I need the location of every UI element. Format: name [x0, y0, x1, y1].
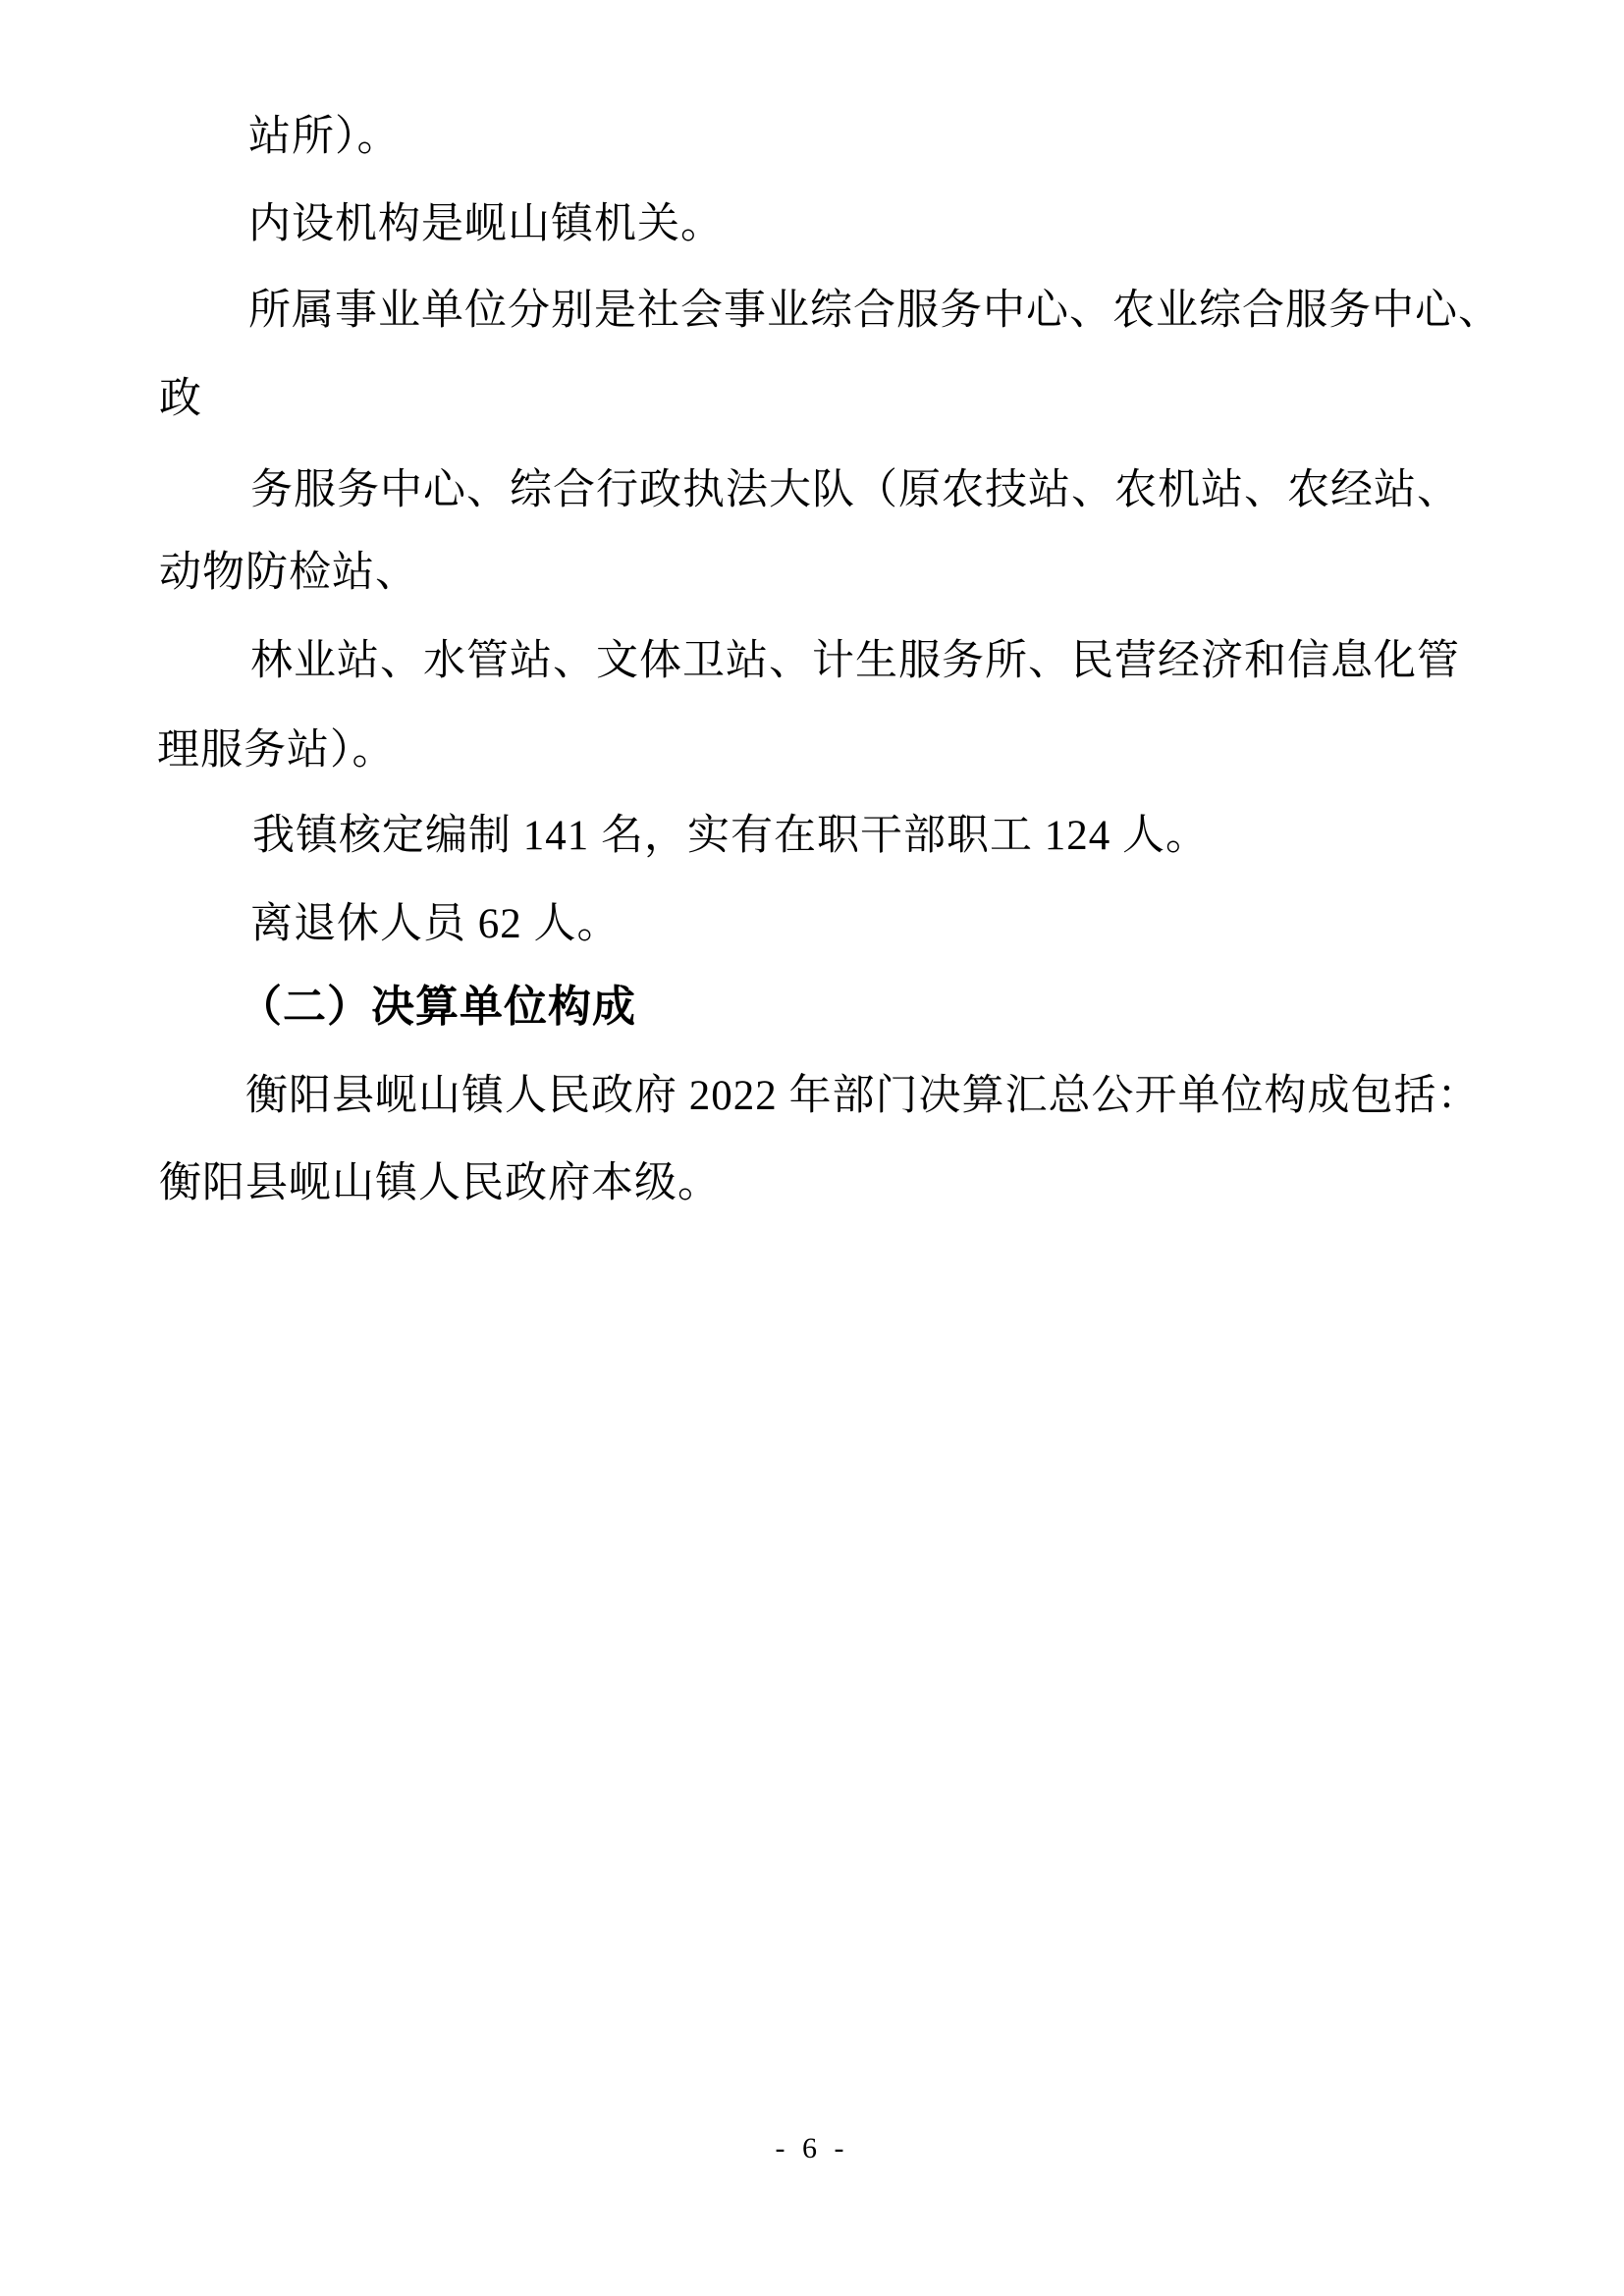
text-line: 衡阳县岘山镇人民政府 2022 年部门决算汇总公开单位构成包括： — [245, 1070, 1481, 1123]
text-line: 衡阳县岘山镇人民政府本级。 — [159, 1157, 721, 1210]
text-line: 务服务中心、综合行政执法大队（原农技站、农机站、农经站、 — [250, 464, 1460, 517]
text-line: 内设机构是岘山镇机关。 — [248, 198, 724, 251]
text-line: 我镇核定编制 141 名，实有在职干部职工 124 人。 — [252, 810, 1209, 863]
text-line: 所属事业单位分别是社会事业综合服务中心、农业综合服务中心、 — [248, 285, 1501, 338]
text-line: 政 — [159, 373, 202, 426]
section-heading: （二）决算单位构成 — [239, 980, 636, 1034]
text-line: 理服务站）。 — [157, 724, 396, 777]
text-line: 动物防检站、 — [159, 547, 418, 600]
text-line: 林业站、水管站、文体卫站、计生服务所、民营经济和信息化管 — [250, 635, 1460, 688]
text-line: 离退休人员 62 人。 — [250, 898, 621, 951]
document-page: 站所）。 内设机构是岘山镇机关。 所属事业单位分别是社会事业综合服务中心、农业综… — [0, 0, 1624, 2296]
text-line: 站所）。 — [248, 111, 401, 164]
page-number: - 6 - — [0, 2132, 1624, 2165]
